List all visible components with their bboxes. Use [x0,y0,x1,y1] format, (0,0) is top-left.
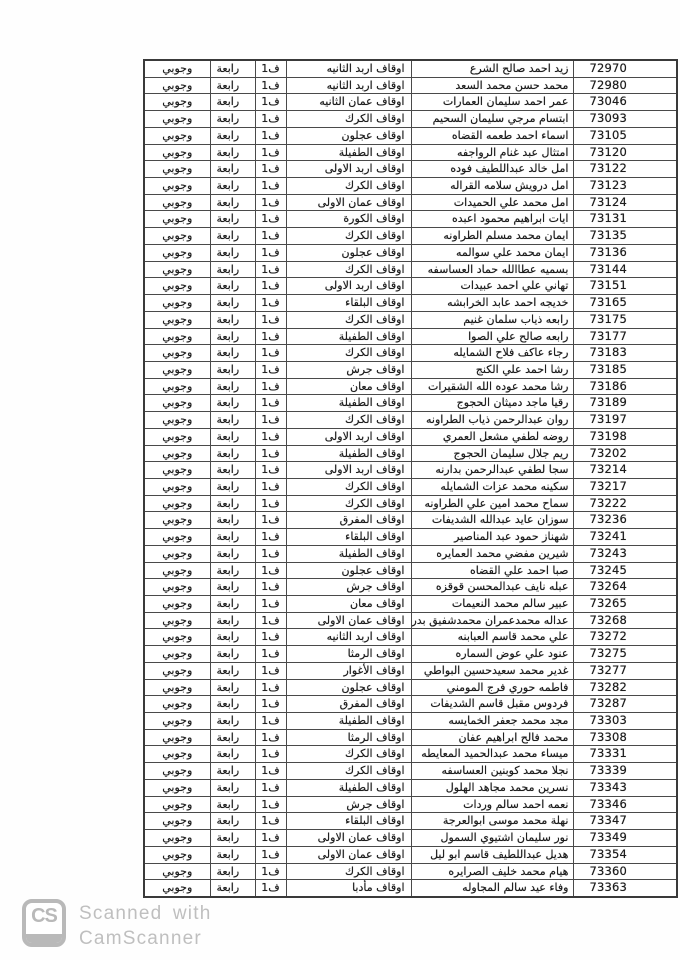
cell-section: ف1 [255,880,286,897]
cell-section: ف1 [255,361,286,378]
cell-person-name: عبله نايف عبدالمحسن قوقزه [411,579,574,596]
cell-id-number: 73360 [574,863,677,880]
cell-grade: رابعة [210,796,255,813]
cell-directorate: اوقاف المفرق [286,512,411,529]
cell-requirement: وجوبي [144,863,210,880]
table-row: 73151 تهاني علي احمد عبيدات اوقاف اربد ا… [144,278,677,295]
camscanner-logo-bar [26,934,62,943]
cell-section: ف1 [255,261,286,278]
cell-directorate: اوقاف الكرك [286,412,411,429]
cell-requirement: وجوبي [144,579,210,596]
cell-section: ف1 [255,813,286,830]
cell-section: ف1 [255,378,286,395]
cell-grade: رابعة [210,846,255,863]
cell-requirement: وجوبي [144,77,210,94]
cell-id-number: 73189 [574,395,677,412]
cell-section: ف1 [255,60,286,77]
cell-id-number: 73183 [574,345,677,362]
cell-section: ف1 [255,278,286,295]
cell-requirement: وجوبي [144,428,210,445]
cell-grade: رابعة [210,94,255,111]
table-row: 73186 رشا محمد عوده الله الشقيرات اوقاف … [144,378,677,395]
cell-id-number: 73245 [574,562,677,579]
cell-directorate: اوقاف عجلون [286,244,411,261]
cell-grade: رابعة [210,311,255,328]
cell-id-number: 73175 [574,311,677,328]
cell-directorate: اوقاف اربد الاولى [286,278,411,295]
cell-person-name: روان عبدالرحمن ذياب الطراونه [411,412,574,429]
cell-grade: رابعة [210,863,255,880]
table-row: 73177 رابعه صالح علي الصوا اوقاف الطفيلة… [144,328,677,345]
cell-id-number: 73046 [574,94,677,111]
cell-id-number: 73197 [574,412,677,429]
cell-section: ف1 [255,562,286,579]
cell-section: ف1 [255,495,286,512]
cell-id-number: 73331 [574,746,677,763]
cell-person-name: صبا احمد علي القضاه [411,562,574,579]
cell-section: ف1 [255,345,286,362]
cell-person-name: شهناز حمود عبد المناصير [411,529,574,546]
cell-directorate: اوقاف عمان الثانيه [286,94,411,111]
table-row: 73189 رقيا ماجد دميثان الحجوج اوقاف الطف… [144,395,677,412]
watermark-line2: CamScanner [79,926,211,951]
cell-id-number: 73265 [574,596,677,613]
cell-id-number: 73308 [574,729,677,746]
cell-directorate: اوقاف جرش [286,579,411,596]
table-row: 73202 ريم جلال سليمان الحجوج اوقاف الطفي… [144,445,677,462]
cell-person-name: ميساء محمد عبدالحميد المعايطه [411,746,574,763]
cell-section: ف1 [255,629,286,646]
cell-grade: رابعة [210,813,255,830]
cell-requirement: وجوبي [144,412,210,429]
cell-person-name: امل درويش سلامه القراله [411,178,574,195]
cell-grade: رابعة [210,244,255,261]
cell-section: ف1 [255,662,286,679]
cell-id-number: 73186 [574,378,677,395]
cell-person-name: ايمان محمد علي سوالمه [411,244,574,261]
cell-grade: رابعة [210,596,255,613]
cell-requirement: وجوبي [144,127,210,144]
cell-directorate: اوقاف الكرك [286,178,411,195]
cell-section: ف1 [255,729,286,746]
cell-grade: رابعة [210,412,255,429]
cell-directorate: اوقاف عمان الاولى [286,846,411,863]
cell-grade: رابعة [210,830,255,847]
cell-grade: رابعة [210,295,255,312]
cell-person-name: نهلة محمد موسى ابوالعرجة [411,813,574,830]
cell-person-name: سجا لطفي عبدالرحمن بدارنه [411,462,574,479]
cell-requirement: وجوبي [144,144,210,161]
cell-person-name: رشا محمد عوده الله الشقيرات [411,378,574,395]
cell-id-number: 73347 [574,813,677,830]
cell-person-name: ابتسام مرجي سليمان السحيم [411,111,574,128]
cell-requirement: وجوبي [144,529,210,546]
cell-directorate: اوقاف عجلون [286,679,411,696]
cell-person-name: نعمه احمد سالم وردات [411,796,574,813]
cell-id-number: 73136 [574,244,677,261]
table-row: 73185 رشا احمد علي الكنج اوقاف جرش ف1 را… [144,361,677,378]
cell-section: ف1 [255,696,286,713]
cell-directorate: اوقاف الكرك [286,478,411,495]
cell-section: ف1 [255,178,286,195]
cell-grade: رابعة [210,211,255,228]
table-row: 73277 غدير محمد سعيدحسين البواطي اوقاف ا… [144,662,677,679]
cell-directorate: اوقاف الكورة [286,211,411,228]
cell-person-name: نجلا محمد كوبنين العساسفه [411,763,574,780]
cell-id-number: 73217 [574,478,677,495]
cell-person-name: ريم جلال سليمان الحجوج [411,445,574,462]
cell-grade: رابعة [210,562,255,579]
cell-grade: رابعة [210,662,255,679]
cell-directorate: اوقاف جرش [286,796,411,813]
cell-requirement: وجوبي [144,60,210,77]
cell-id-number: 73275 [574,646,677,663]
table-row: 73346 نعمه احمد سالم وردات اوقاف جرش ف1 … [144,796,677,813]
cell-directorate: اوقاف الكرك [286,345,411,362]
table-row: 73198 روضه لطفي مشعل العمري اوقاف اربد ا… [144,428,677,445]
cell-person-name: محمد فالح ابراهيم عفان [411,729,574,746]
cell-id-number: 73151 [574,278,677,295]
cell-person-name: رقيا ماجد دميثان الحجوج [411,395,574,412]
cell-id-number: 73131 [574,211,677,228]
cell-id-number: 72980 [574,77,677,94]
cell-grade: رابعة [210,395,255,412]
cell-requirement: وجوبي [144,328,210,345]
cell-grade: رابعة [210,328,255,345]
cell-id-number: 73346 [574,796,677,813]
cell-directorate: اوقاف الطفيلة [286,395,411,412]
table-row: 73343 نسرين محمد مجاهد الهلول اوقاف الطف… [144,779,677,796]
cell-id-number: 73272 [574,629,677,646]
cell-id-number: 73354 [574,846,677,863]
table-row: 73282 فاطمه حوري فرج المومني اوقاف عجلون… [144,679,677,696]
cell-grade: رابعة [210,361,255,378]
cell-requirement: وجوبي [144,880,210,897]
table-row: 73347 نهلة محمد موسى ابوالعرجة اوقاف الب… [144,813,677,830]
cell-grade: رابعة [210,144,255,161]
cell-directorate: اوقاف الطفيلة [286,445,411,462]
cell-directorate: اوقاف معان [286,378,411,395]
cell-directorate: اوقاف الكرك [286,495,411,512]
cell-section: ف1 [255,311,286,328]
table-row: 73131 ايات ابراهيم محمود اعبده اوقاف الك… [144,211,677,228]
cell-grade: رابعة [210,495,255,512]
cell-section: ف1 [255,830,286,847]
cell-grade: رابعة [210,646,255,663]
cell-section: ف1 [255,77,286,94]
cell-id-number: 73343 [574,779,677,796]
cell-id-number: 73105 [574,127,677,144]
cell-person-name: غدير محمد سعيدحسين البواطي [411,662,574,679]
cell-grade: رابعة [210,111,255,128]
table-row: 73122 امل خالد عبداللطيف فوده اوقاف اربد… [144,161,677,178]
cell-grade: رابعة [210,60,255,77]
table-row: 73360 هيام محمد خليف الصرايره اوقاف الكر… [144,863,677,880]
cell-person-name: سكينه محمد عزات الشمايله [411,478,574,495]
cell-person-name: نسرين محمد مجاهد الهلول [411,779,574,796]
cell-directorate: اوقاف الطفيلة [286,713,411,730]
table-row: 73272 علي محمد قاسم العبابنه اوقاف اربد … [144,629,677,646]
cell-person-name: محمد حسن محمد السعد [411,77,574,94]
cell-section: ف1 [255,127,286,144]
cell-person-name: امتثال عبد غنام الرواجفه [411,144,574,161]
cell-section: ف1 [255,529,286,546]
table-row: 73275 عنود علي عوض السماره اوقاف الرمثا … [144,646,677,663]
cell-id-number: 73122 [574,161,677,178]
table-row: 73222 سماح محمد امين علي الطراونه اوقاف … [144,495,677,512]
cell-section: ف1 [255,579,286,596]
cell-id-number: 73123 [574,178,677,195]
cell-id-number: 73198 [574,428,677,445]
cell-requirement: وجوبي [144,545,210,562]
cell-person-name: رابعه ذياب سلمان غنيم [411,311,574,328]
cell-requirement: وجوبي [144,261,210,278]
cell-id-number: 73241 [574,529,677,546]
cell-directorate: اوقاف المفرق [286,696,411,713]
cell-person-name: رشا احمد علي الكنج [411,361,574,378]
cell-person-name: هيام محمد خليف الصرايره [411,863,574,880]
cell-person-name: هديل عبداللطيف قاسم ابو ليل [411,846,574,863]
cell-grade: رابعة [210,228,255,245]
cell-person-name: امل محمد علي الحميدات [411,194,574,211]
cell-directorate: اوقاف معان [286,596,411,613]
table-row: 73093 ابتسام مرجي سليمان السحيم اوقاف ال… [144,111,677,128]
cell-directorate: اوقاف الرمثا [286,646,411,663]
cell-requirement: وجوبي [144,729,210,746]
cell-requirement: وجوبي [144,629,210,646]
cell-person-name: ايات ابراهيم محمود اعبده [411,211,574,228]
cell-person-name: عنود علي عوض السماره [411,646,574,663]
cell-person-name: مجد محمد جعفر الخمايسه [411,713,574,730]
cell-directorate: اوقاف الكرك [286,311,411,328]
cell-grade: رابعة [210,445,255,462]
cell-directorate: اوقاف الطفيلة [286,779,411,796]
cell-id-number: 73264 [574,579,677,596]
cell-directorate: اوقاف الكرك [286,111,411,128]
table-row: 73308 محمد فالح ابراهيم عفان اوقاف الرمث… [144,729,677,746]
cell-requirement: وجوبي [144,679,210,696]
cell-requirement: وجوبي [144,228,210,245]
cell-requirement: وجوبي [144,295,210,312]
cell-person-name: رابعه صالح علي الصوا [411,328,574,345]
cell-section: ف1 [255,796,286,813]
table-row: 73236 سوزان عايد عبدالله الشديفات اوقاف … [144,512,677,529]
cell-requirement: وجوبي [144,779,210,796]
cell-requirement: وجوبي [144,378,210,395]
cell-person-name: سماح محمد امين علي الطراونه [411,495,574,512]
watermark-line1: Scanned with [79,901,211,926]
cell-id-number: 73124 [574,194,677,211]
cell-section: ف1 [255,395,286,412]
cell-directorate: اوقاف الطفيلة [286,328,411,345]
cell-id-number: 73185 [574,361,677,378]
cell-person-name: رجاء عاكف فلاح الشمايله [411,345,574,362]
cell-requirement: وجوبي [144,244,210,261]
cell-grade: رابعة [210,194,255,211]
cell-id-number: 73177 [574,328,677,345]
cell-grade: رابعة [210,428,255,445]
cell-id-number: 73120 [574,144,677,161]
cell-requirement: وجوبي [144,478,210,495]
cell-person-name: خديجه احمد عابد الخرابشه [411,295,574,312]
cell-requirement: وجوبي [144,111,210,128]
cell-grade: رابعة [210,729,255,746]
cell-directorate: اوقاف اربد الاولى [286,462,411,479]
cell-person-name: علي محمد قاسم العبابنه [411,629,574,646]
cell-grade: رابعة [210,345,255,362]
table-row: 73123 امل درويش سلامه القراله اوقاف الكر… [144,178,677,195]
cell-grade: رابعة [210,679,255,696]
cell-requirement: وجوبي [144,746,210,763]
cell-grade: رابعة [210,696,255,713]
table-row: 73214 سجا لطفي عبدالرحمن بدارنه اوقاف ار… [144,462,677,479]
cell-directorate: اوقاف عمان الاولى [286,830,411,847]
cell-section: ف1 [255,328,286,345]
cell-grade: رابعة [210,545,255,562]
cell-section: ف1 [255,863,286,880]
cell-requirement: وجوبي [144,813,210,830]
cell-id-number: 73243 [574,545,677,562]
table-row: 73124 امل محمد علي الحميدات اوقاف عمان ا… [144,194,677,211]
cell-id-number: 73093 [574,111,677,128]
table-row: 73217 سكينه محمد عزات الشمايله اوقاف الك… [144,478,677,495]
cell-requirement: وجوبي [144,361,210,378]
cell-section: ف1 [255,545,286,562]
cell-section: ف1 [255,428,286,445]
cell-id-number: 73303 [574,713,677,730]
cell-directorate: اوقاف اربد الاولى [286,428,411,445]
cell-person-name: زيد احمد صالح الشرع [411,60,574,77]
cell-grade: رابعة [210,161,255,178]
cell-requirement: وجوبي [144,345,210,362]
cell-directorate: اوقاف عمان الاولى [286,194,411,211]
cell-grade: رابعة [210,746,255,763]
cell-grade: رابعة [210,629,255,646]
cell-id-number: 73339 [574,763,677,780]
table-row: 73105 اسماء احمد طعمه القضاه اوقاف عجلون… [144,127,677,144]
table-row: 73135 ايمان محمد مسلم الطراونه اوقاف الك… [144,228,677,245]
table-row: 73120 امتثال عبد غنام الرواجفه اوقاف الط… [144,144,677,161]
cell-grade: رابعة [210,779,255,796]
cell-directorate: اوقاف الكرك [286,746,411,763]
cell-section: ف1 [255,679,286,696]
table-row: 73331 ميساء محمد عبدالحميد المعايطه اوقا… [144,746,677,763]
cell-person-name: روضه لطفي مشعل العمري [411,428,574,445]
camscanner-logo-icon: CS [22,899,66,947]
cell-section: ف1 [255,111,286,128]
cell-person-name: وفاء عيد سالم المجاوله [411,880,574,897]
cell-requirement: وجوبي [144,462,210,479]
cell-person-name: امل خالد عبداللطيف فوده [411,161,574,178]
cell-id-number: 73349 [574,830,677,847]
cell-person-name: عمر احمد سليمان العمارات [411,94,574,111]
cell-id-number: 73165 [574,295,677,312]
table-row: 73183 رجاء عاكف فلاح الشمايله اوقاف الكر… [144,345,677,362]
cell-person-name: فاطمه حوري فرج المومني [411,679,574,696]
cell-person-name: شيرين مفضي محمد العمايره [411,545,574,562]
cell-directorate: اوقاف اربد الثانيه [286,77,411,94]
table-row: 72980 محمد حسن محمد السعد اوقاف اربد الث… [144,77,677,94]
cell-grade: رابعة [210,77,255,94]
table-row: 73354 هديل عبداللطيف قاسم ابو ليل اوقاف … [144,846,677,863]
cell-directorate: اوقاف عجلون [286,127,411,144]
cell-requirement: وجوبي [144,763,210,780]
cell-grade: رابعة [210,612,255,629]
table-row: 73144 بسميه عطاالله حماد العساسفه اوقاف … [144,261,677,278]
cell-section: ف1 [255,228,286,245]
cell-directorate: اوقاف الرمثا [286,729,411,746]
cell-requirement: وجوبي [144,178,210,195]
cell-requirement: وجوبي [144,562,210,579]
cell-id-number: 72970 [574,60,677,77]
cell-id-number: 73144 [574,261,677,278]
cell-id-number: 73135 [574,228,677,245]
cell-directorate: اوقاف اربد الاولى [286,161,411,178]
cell-id-number: 73268 [574,612,677,629]
records-table: 72970 زيد احمد صالح الشرع اوقاف اربد الث… [143,59,678,898]
cell-directorate: اوقاف اربد الثانيه [286,60,411,77]
cell-section: ف1 [255,596,286,613]
cell-requirement: وجوبي [144,696,210,713]
cell-section: ف1 [255,144,286,161]
table-row: 73268 عداله محمدعمران محمدشفيق بدر اوقاف… [144,612,677,629]
cell-requirement: وجوبي [144,495,210,512]
cell-id-number: 73282 [574,679,677,696]
cell-id-number: 73287 [574,696,677,713]
table-row: 73303 مجد محمد جعفر الخمايسه اوقاف الطفي… [144,713,677,730]
camscanner-watermark: Scanned with CamScanner [79,901,211,951]
cell-section: ف1 [255,445,286,462]
cell-id-number: 73222 [574,495,677,512]
cell-requirement: وجوبي [144,830,210,847]
cell-section: ف1 [255,478,286,495]
table-row: 73136 ايمان محمد علي سوالمه اوقاف عجلون … [144,244,677,261]
cell-requirement: وجوبي [144,395,210,412]
cell-grade: رابعة [210,478,255,495]
cell-directorate: اوقاف البلقاء [286,813,411,830]
cell-section: ف1 [255,412,286,429]
cell-person-name: اسماء احمد طعمه القضاه [411,127,574,144]
records-table-body: 72970 زيد احمد صالح الشرع اوقاف اربد الث… [144,60,677,897]
cell-directorate: اوقاف الكرك [286,228,411,245]
cell-requirement: وجوبي [144,796,210,813]
cell-requirement: وجوبي [144,512,210,529]
cell-person-name: نور سليمان اشتيوي السمول [411,830,574,847]
cell-section: ف1 [255,746,286,763]
cell-requirement: وجوبي [144,596,210,613]
cell-person-name: ايمان محمد مسلم الطراونه [411,228,574,245]
table-row: 73245 صبا احمد علي القضاه اوقاف عجلون ف1… [144,562,677,579]
cell-directorate: اوقاف عجلون [286,562,411,579]
cell-id-number: 73363 [574,880,677,897]
cell-grade: رابعة [210,261,255,278]
cell-section: ف1 [255,211,286,228]
cell-section: ف1 [255,646,286,663]
cell-section: ف1 [255,244,286,261]
cell-requirement: وجوبي [144,445,210,462]
cell-directorate: اوقاف عمان الاولى [286,612,411,629]
cell-person-name: سوزان عايد عبدالله الشديفات [411,512,574,529]
cell-section: ف1 [255,194,286,211]
cell-directorate: اوقاف البلقاء [286,295,411,312]
cell-directorate: اوقاف الكرك [286,763,411,780]
table-row: 73287 فردوس مقبل قاسم الشديفات اوقاف الم… [144,696,677,713]
cell-grade: رابعة [210,579,255,596]
cell-section: ف1 [255,713,286,730]
table-row: 73363 وفاء عيد سالم المجاوله اوقاف مأدبا… [144,880,677,897]
cell-person-name: عداله محمدعمران محمدشفيق بدر [411,612,574,629]
cell-grade: رابعة [210,529,255,546]
